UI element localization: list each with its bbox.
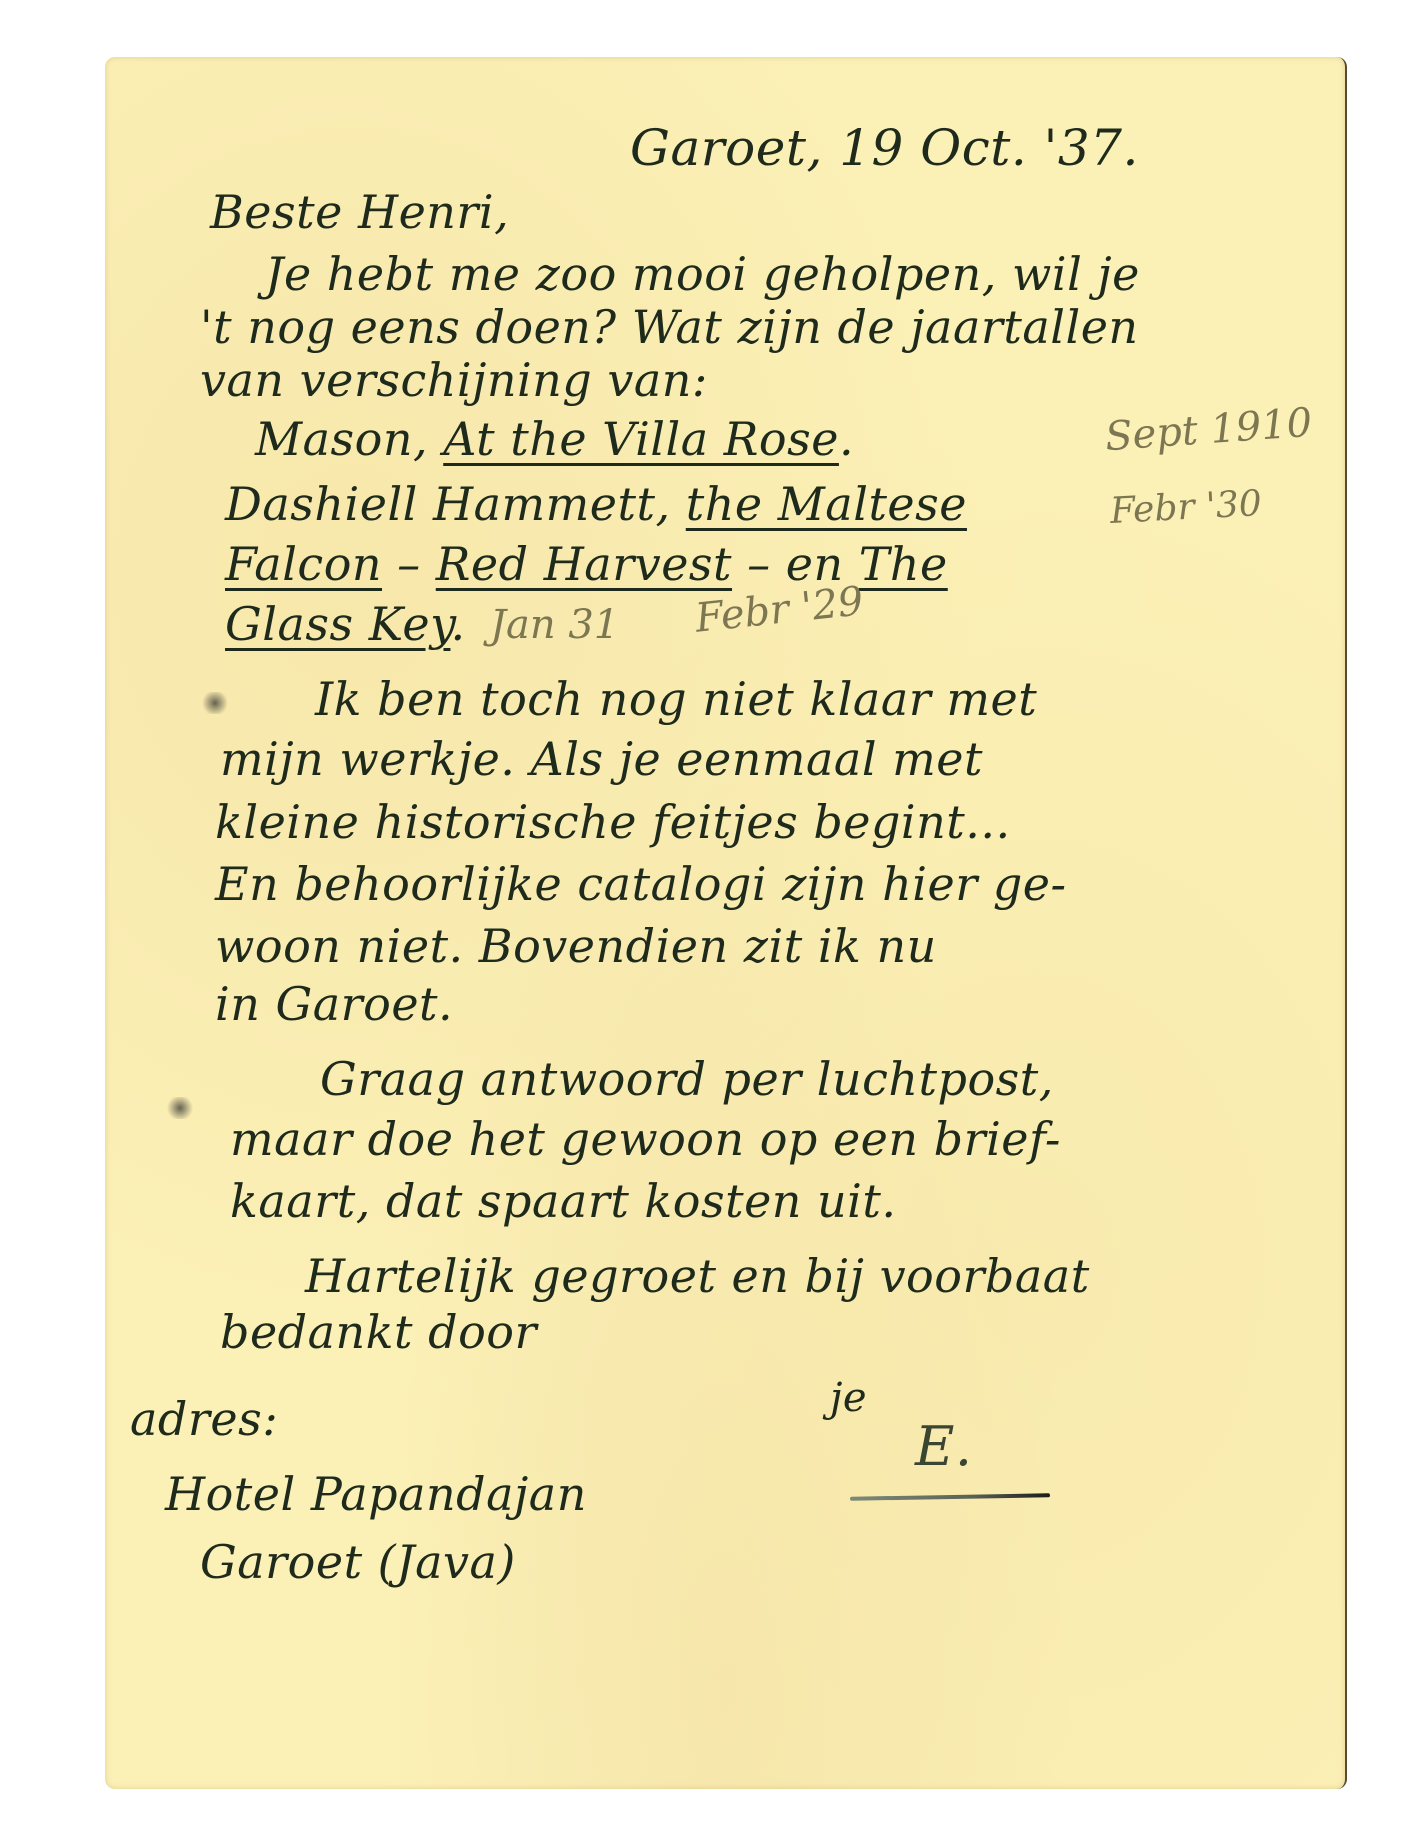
- book-author-hammett: Dashiell Hammett,: [225, 477, 671, 531]
- signature-prefix: je: [830, 1375, 867, 1421]
- address-line-1: Hotel Papandajan: [165, 1467, 587, 1521]
- paragraph-2-line-2: mijn werkje. Als je eenmaal met: [220, 732, 983, 786]
- paragraph-1-line-2: 't nog eens doen? Wat zijn de jaartallen: [200, 300, 1139, 354]
- book-title-maltese: the Maltese: [686, 477, 967, 531]
- paragraph-2-line-5: woon niet. Bovendien zit ik nu: [215, 919, 937, 973]
- book-line-1-period: .: [839, 412, 854, 466]
- book-author-mason: Mason,: [255, 412, 428, 466]
- book-title-villa-rose: At the Villa Rose: [443, 412, 839, 466]
- postcard: Garoet, 19 Oct. '37. Beste Henri, Je heb…: [105, 57, 1347, 1789]
- pencil-annotation-villa-rose: Sept 1910: [1104, 400, 1314, 460]
- paragraph-2-line-3: kleine historische feitjes begint...: [215, 795, 1011, 849]
- paragraph-1-line-1: Je hebt me zoo mooi geholpen, wil je: [265, 247, 1140, 301]
- address-label: adres:: [130, 1392, 278, 1446]
- book-title-falcon: Falcon: [225, 537, 382, 591]
- paragraph-2-line-6: in Garoet.: [215, 977, 453, 1031]
- paragraph-3-line-2: maar doe het gewoon op een brief-: [230, 1112, 1061, 1166]
- salutation: Beste Henri,: [210, 185, 509, 239]
- paragraph-3-line-1: Graag antwoord per luchtpost,: [320, 1052, 1054, 1106]
- book-list-line-1: Mason, At the Villa Rose.: [255, 412, 854, 466]
- paragraph-1-line-3: van verschijning van:: [200, 353, 708, 407]
- book-line-4-period: .: [450, 597, 465, 651]
- separator-dash: –: [382, 537, 436, 591]
- date-line: Garoet, 19 Oct. '37.: [630, 119, 1139, 177]
- paragraph-2-line-4: En behoorlijke catalogi zijn hier ge-: [215, 857, 1067, 911]
- ink-smudge: [165, 1097, 195, 1119]
- paragraph-3-line-3: kaart, dat spaart kosten uit.: [230, 1174, 897, 1228]
- address-line-2: Garoet (Java): [200, 1535, 516, 1589]
- pencil-annotation-maltese-falcon: Febr '30: [1109, 483, 1263, 532]
- closing-line-1: Hartelijk gegroet en bij voorbaat: [305, 1249, 1090, 1303]
- book-title-glass-key: Glass Key: [225, 597, 450, 651]
- book-list-line-2: Dashiell Hammett, the Maltese: [225, 477, 967, 531]
- book-title-red-harvest: Red Harvest: [436, 537, 732, 591]
- signature-initial: E.: [915, 1415, 973, 1478]
- paragraph-2-line-1: Ik ben toch nog niet klaar met: [315, 672, 1037, 726]
- pencil-annotation-glass-key: Jan 31: [490, 602, 619, 648]
- closing-line-2: bedankt door: [220, 1305, 537, 1359]
- book-title-the: The: [859, 537, 948, 591]
- ink-smudge: [200, 692, 230, 714]
- book-list-line-4: Glass Key.: [225, 597, 466, 651]
- signature-underline: [850, 1493, 1050, 1500]
